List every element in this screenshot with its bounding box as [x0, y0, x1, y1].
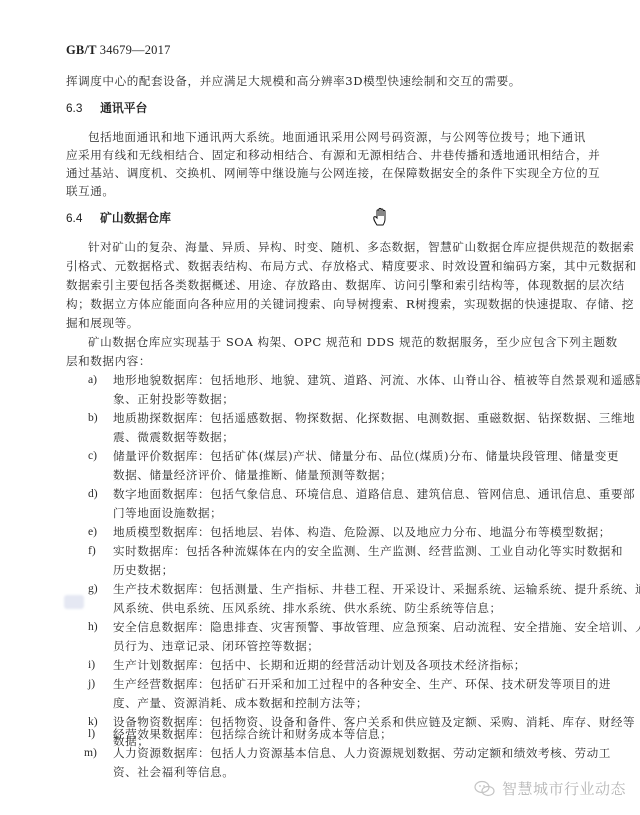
- paragraph-line: 层和数据内容：: [66, 354, 151, 368]
- paragraph-line: 掘和展现等。: [66, 316, 139, 330]
- list-label-g: g): [88, 582, 98, 596]
- list-item-line: 象、正射投影等数据；: [113, 392, 234, 406]
- list-label-b: b): [88, 411, 98, 425]
- paragraph-line: 通过基站、调度机、交换机、网闸等中继设施与公网连接，在保障数据安全的条件下实现全…: [66, 166, 600, 180]
- list-item-line: 风系统、供电系统、压风系统、排水系统、供水系统、防尘系统等信息；: [113, 601, 502, 615]
- paragraph-line: 针对矿山的复杂、海量、异质、异构、时变、随机、多态数据，智慧矿山数据仓库应提供规…: [88, 240, 634, 254]
- standard-header: GB/T 34679—2017: [66, 43, 171, 58]
- list-label-e: e): [88, 525, 97, 539]
- list-item-line: 数字地面数据库：包括气象信息、环境信息、道路信息、建筑信息、管网信息、通讯信息、…: [113, 487, 635, 501]
- list-item-line: 经营效果数据库：包括综合统计和财务成本等信息；: [113, 727, 392, 741]
- document-page: GB/T 34679—2017 挥调度中心的配套设备，并应满足大规模和高分辨率3…: [0, 0, 640, 815]
- paragraph-line: 包括地面通讯和地下通讯两大系统。地面通讯采用公网号码资源，与公网等位拨号；地下通…: [88, 130, 586, 144]
- list-item-line: 度、产量、资源消耗、成本数据和控制方法等；: [113, 696, 368, 710]
- list-item-line: 震、微震数据等数据；: [113, 430, 234, 444]
- list-item-line: 门等地面设施数据；: [113, 506, 222, 520]
- paragraph-line: 构；数据立方体应能面向各种应用的关键词搜索、向导树搜索、R树搜索，实现数据的快速…: [66, 297, 634, 311]
- list-item-line: 地质模型数据库：包括地层、岩体、构造、危险源、以及地应力分布、地温分布等模型数据…: [113, 525, 611, 539]
- list-label-d: d): [88, 487, 98, 501]
- list-item-line: 安全信息数据库：隐患排查、灾害预警、事故管理、应急预案、启动流程、安全措施、安全…: [113, 620, 640, 634]
- list-label-h: h): [88, 620, 98, 634]
- list-item-line: 数据、储量经济评价、储量推断、储量预测等数据；: [113, 468, 392, 482]
- list-label-c: c): [88, 449, 97, 463]
- list-item-line: 实时数据库：包括各种流媒体在内的安全监测、生产监测、经营监测、工业自动化等实时数…: [113, 544, 623, 558]
- paragraph-line: 应采用有线和无线相结合、固定和移动相结合、有源和无源相结合、井巷传播和透地通讯相…: [66, 148, 600, 162]
- list-label-l: l): [88, 727, 95, 741]
- standard-number: 34679—2017: [100, 43, 171, 57]
- list-item-line: 员行为、违章记录、闭环管控等数据；: [113, 639, 319, 653]
- list-item-line: 生产技术数据库：包括测量、生产指标、井巷工程、开采设计、采掘系统、运输系统、提升…: [113, 582, 640, 596]
- standard-prefix: GB/T: [66, 43, 96, 57]
- paragraph-line: 矿山数据仓库应实现基于 SOA 构架、OPC 规范和 DDS 规范的数据服务，至…: [88, 335, 618, 349]
- list-item-line: 资、社会福利等信息。: [113, 765, 234, 779]
- wechat-icon: [474, 780, 496, 798]
- intro-line: 挥调度中心的配套设备，并应满足大规模和高分辨率3D模型快速绘制和交互的需要。: [66, 74, 521, 88]
- list-item-line: 地形地貌数据库：包括地形、地貌、建筑、道路、河流、水体、山脊山谷、植被等自然景观…: [113, 373, 640, 387]
- list-label-m: m): [84, 746, 97, 760]
- list-item-line: 生产经营数据库：包括矿石开采和加工过程中的各种安全、生产、环保、技术研发等项目的…: [113, 677, 611, 691]
- section-6-4-heading: 6.4 矿山数据仓库: [66, 209, 171, 226]
- section-6-3-heading: 6.3 通讯平台: [66, 99, 147, 116]
- list-item-line: 人力资源数据库：包括人力资源基本信息、人力资源规划数据、劳动定额和绩效考核、劳动…: [113, 746, 611, 760]
- section-title: 矿山数据仓库: [100, 211, 171, 225]
- section-number: 6.4: [66, 211, 96, 225]
- paragraph-line: 引格式、元数据格式、数据表结构、布局方式、存放格式、精度要求、时效设置和编码方案…: [66, 259, 637, 273]
- section-number: 6.3: [66, 101, 96, 115]
- list-label-f: f): [88, 544, 96, 558]
- paragraph-line: 数据索引主要包括各类数据概述、用途、存放路由、数据库、访问引擎和索引结构等，体现…: [66, 278, 625, 292]
- list-item-line: 生产计划数据库：包括中、长期和近期的经营活动计划及各项技术经济指标；: [113, 658, 526, 672]
- watermark: 智慧城市行业动态: [474, 778, 626, 799]
- list-label-a: a): [88, 373, 97, 387]
- section-title: 通讯平台: [100, 101, 147, 115]
- list-label-i: i): [88, 658, 95, 672]
- list-label-j: j): [88, 677, 95, 691]
- hand-cursor-icon: [372, 207, 390, 227]
- list-item-line: 地质勘探数据库：包括遥感数据、物探数据、化探数据、电测数据、重磁数据、钻探数据、…: [113, 411, 635, 425]
- list-item-line: 历史数据；: [113, 563, 174, 577]
- paragraph-line: 联互通。: [66, 184, 115, 198]
- list-item-line: 储量评价数据库：包括矿体(煤层)产状、储量分布、品位(煤质)分布、储量块段管理、…: [113, 449, 619, 463]
- scan-smudge: [64, 595, 84, 609]
- watermark-text: 智慧城市行业动态: [502, 778, 626, 799]
